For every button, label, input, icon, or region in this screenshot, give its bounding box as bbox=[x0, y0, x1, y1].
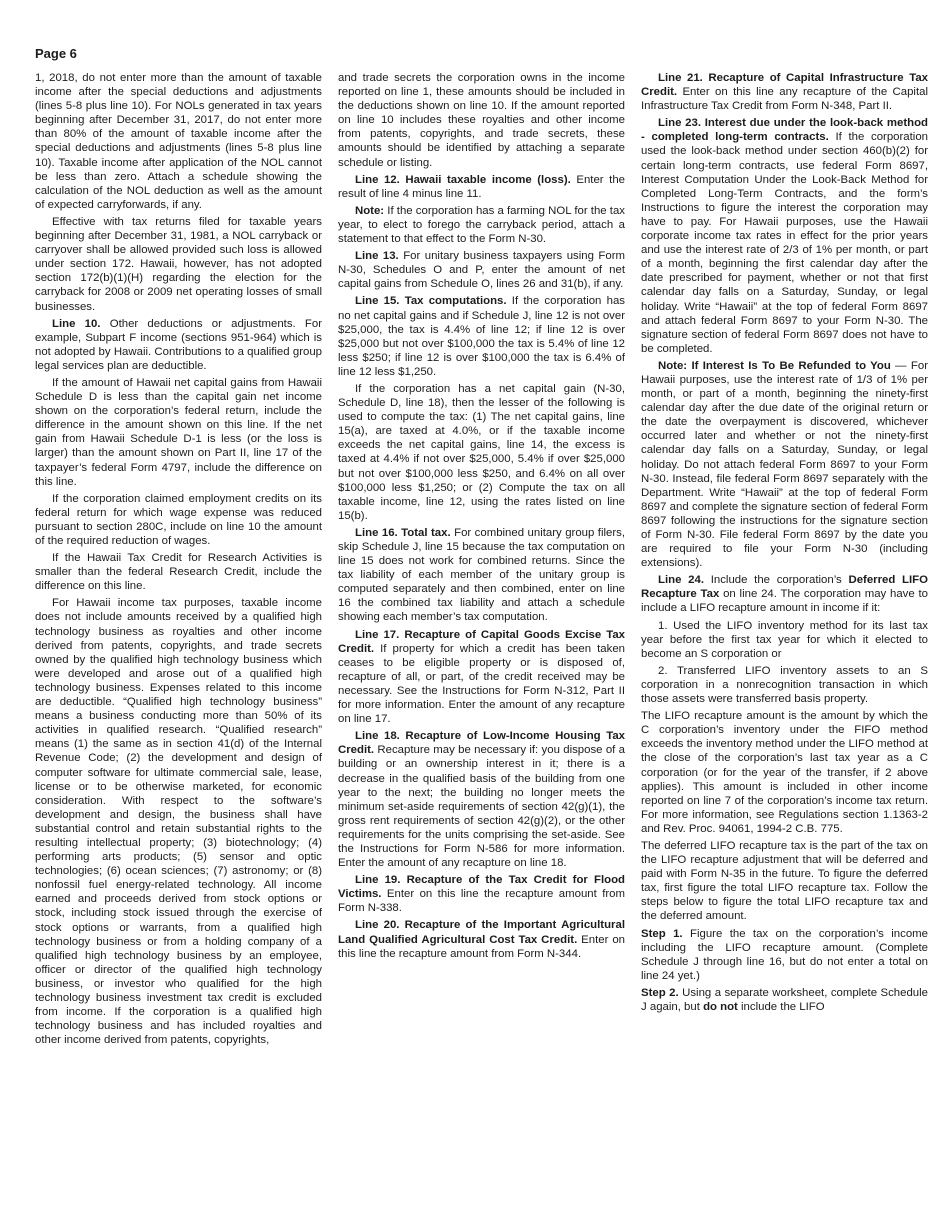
paragraph: Line 13. For unitary business taxpayers … bbox=[338, 249, 625, 291]
bold-run: do not bbox=[703, 1001, 738, 1013]
paragraph: If the Hawaii Tax Credit for Research Ac… bbox=[35, 551, 322, 593]
paragraph: 2. Transferred LIFO inventory assets to … bbox=[641, 664, 928, 706]
bold-run: Step 1. bbox=[641, 928, 683, 940]
text-run: If the corporation used the look-back me… bbox=[641, 131, 928, 354]
text-run: The LIFO recapture amount is the amount … bbox=[641, 710, 928, 835]
document-page: Page 6 1, 2018, do not enter more than t… bbox=[0, 0, 950, 1230]
text-run: Include the corporation’s bbox=[704, 574, 849, 586]
text-run: Enter on this line any recapture of the … bbox=[641, 86, 928, 112]
paragraph: Line 24. Include the corporation’s Defer… bbox=[641, 573, 928, 615]
text-columns: 1, 2018, do not enter more than the amou… bbox=[35, 71, 928, 1050]
bold-run: Line 16. Total tax. bbox=[355, 527, 451, 539]
paragraph: Line 19. Recapture of the Tax Credit for… bbox=[338, 873, 625, 915]
paragraph: Step 2. Using a separate worksheet, comp… bbox=[641, 986, 928, 1014]
text-run: For combined unitary group filers, skip … bbox=[338, 527, 625, 624]
paragraph: Line 16. Total tax. For combined unitary… bbox=[338, 526, 625, 625]
page-number-label: Page 6 bbox=[35, 46, 77, 61]
text-run: 1, 2018, do not enter more than the amou… bbox=[35, 72, 322, 211]
text-run: — For Hawaii purposes, use the interest … bbox=[641, 360, 928, 569]
text-run: 1. Used the LIFO inventory method for it… bbox=[641, 620, 928, 660]
text-run: If the corporation has a net capital gai… bbox=[338, 383, 625, 522]
text-run: and trade secrets the corporation owns i… bbox=[338, 72, 625, 169]
paragraph: If the corporation claimed employment cr… bbox=[35, 492, 322, 548]
text-run: Enter on this line the recapture amount … bbox=[338, 888, 625, 914]
bold-run: Line 13. bbox=[355, 250, 399, 262]
bold-run: Step 2. bbox=[641, 987, 679, 999]
bold-run: Note: If Interest Is To Be Refunded to Y… bbox=[658, 360, 891, 372]
bold-run: Line 10. bbox=[52, 318, 100, 330]
paragraph: Line 10. Other deductions or adjustments… bbox=[35, 317, 322, 373]
text-run: The deferred LIFO recapture tax is the p… bbox=[641, 840, 928, 922]
paragraph: 1, 2018, do not enter more than the amou… bbox=[35, 71, 322, 212]
text-run: If the corporation has no net capital ga… bbox=[338, 295, 625, 377]
text-run: Effective with tax returns filed for tax… bbox=[35, 216, 322, 313]
text-run: If property for which a credit has been … bbox=[338, 643, 625, 725]
paragraph: 1. Used the LIFO inventory method for it… bbox=[641, 619, 928, 661]
column-1: 1, 2018, do not enter more than the amou… bbox=[35, 71, 322, 1050]
paragraph: If the amount of Hawaii net capital gain… bbox=[35, 376, 322, 489]
column-2: and trade secrets the corporation owns i… bbox=[338, 71, 625, 1050]
bold-run: Line 24. bbox=[658, 574, 704, 586]
paragraph: For Hawaii income tax purposes, taxable … bbox=[35, 596, 322, 1047]
paragraph: The LIFO recapture amount is the amount … bbox=[641, 709, 928, 836]
paragraph: Line 20. Recapture of the Important Agri… bbox=[338, 918, 625, 960]
paragraph: Effective with tax returns filed for tax… bbox=[35, 215, 322, 314]
paragraph: and trade secrets the corporation owns i… bbox=[338, 71, 625, 170]
paragraph: The deferred LIFO recapture tax is the p… bbox=[641, 839, 928, 924]
column-3: Line 21. Recapture of Capital Infrastruc… bbox=[641, 71, 928, 1050]
paragraph: Line 12. Hawaii taxable income (loss). E… bbox=[338, 173, 625, 201]
paragraph: Line 17. Recapture of Capital Goods Exci… bbox=[338, 628, 625, 727]
paragraph: Note: If Interest Is To Be Refunded to Y… bbox=[641, 359, 928, 570]
bold-run: Line 15. Tax computations. bbox=[355, 295, 507, 307]
paragraph: If the corporation has a net capital gai… bbox=[338, 382, 625, 523]
bold-run: Line 12. Hawaii taxable income (loss). bbox=[355, 174, 571, 186]
text-run: include the LIFO bbox=[738, 1001, 825, 1013]
text-run: Figure the tax on the corporation’s inco… bbox=[641, 928, 928, 982]
text-run: For Hawaii income tax purposes, taxable … bbox=[35, 597, 322, 1046]
text-run: If the Hawaii Tax Credit for Research Ac… bbox=[35, 552, 322, 592]
paragraph: Line 15. Tax computations. If the corpor… bbox=[338, 294, 625, 379]
paragraph: Step 1. Figure the tax on the corporatio… bbox=[641, 927, 928, 983]
text-run: 2. Transferred LIFO inventory assets to … bbox=[641, 665, 928, 705]
paragraph: Line 23. Interest due under the look-bac… bbox=[641, 116, 928, 356]
paragraph: Note: If the corporation has a farming N… bbox=[338, 204, 625, 246]
text-run: Recapture may be necessary if: you dispo… bbox=[338, 744, 625, 869]
text-run: If the corporation claimed employment cr… bbox=[35, 493, 322, 547]
paragraph: Line 21. Recapture of Capital Infrastruc… bbox=[641, 71, 928, 113]
bold-run: Note: bbox=[355, 205, 384, 217]
text-run: If the amount of Hawaii net capital gain… bbox=[35, 377, 322, 488]
paragraph: Line 18. Recapture of Low-Income Housing… bbox=[338, 729, 625, 870]
